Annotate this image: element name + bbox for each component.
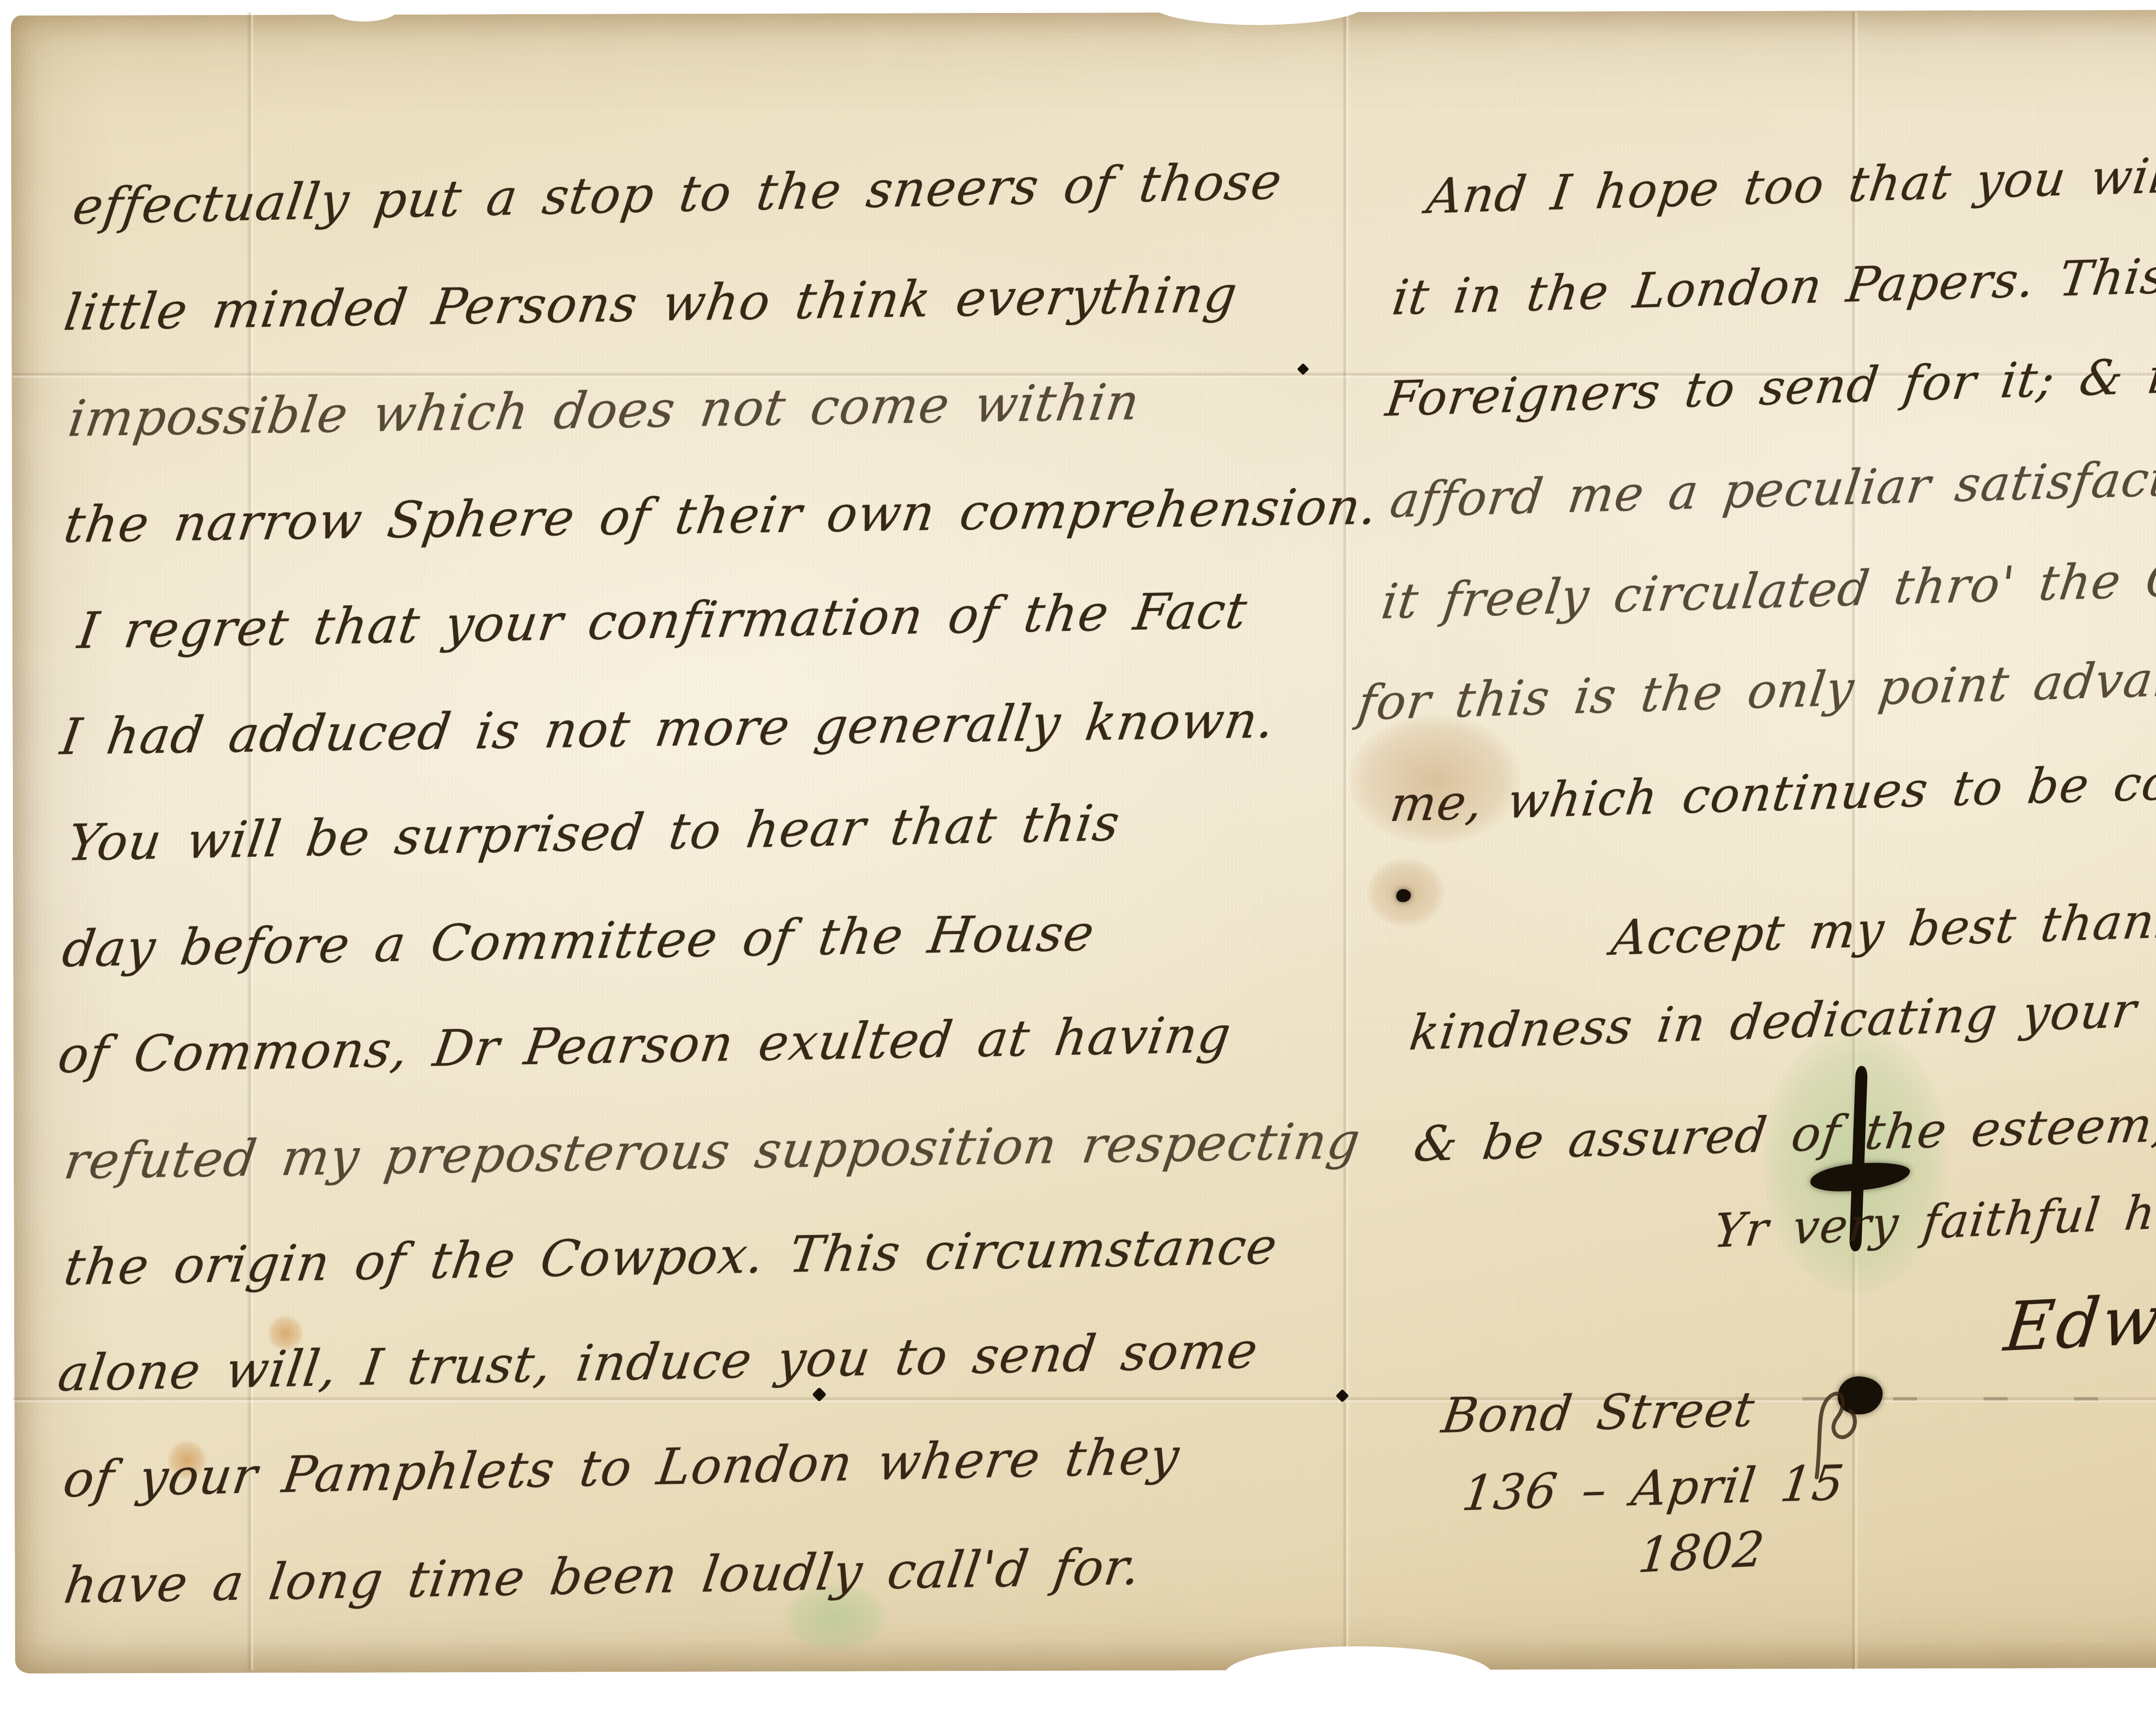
- dateline-address: Bond Street: [1439, 1385, 1758, 1441]
- pen-flourish-mark: [1792, 1384, 1873, 1488]
- letter-scan: effectually put a stop to the sneers of …: [0, 0, 2156, 1711]
- dateline-year: 1802: [1636, 1525, 1767, 1580]
- dateline-date: 136 – April 15: [1460, 1459, 1847, 1518]
- torn-notch-bottom: [1225, 1646, 1492, 1702]
- fold-line-vertical-center: [1342, 12, 1350, 1670]
